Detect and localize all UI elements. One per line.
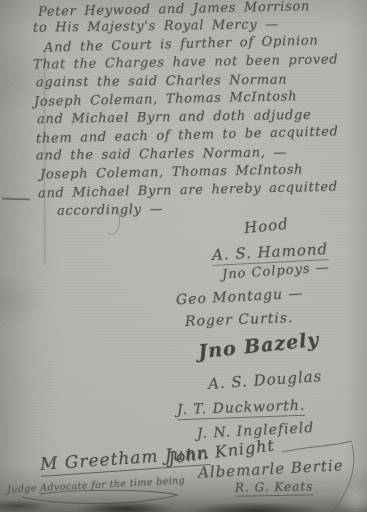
judge-advocate-caption: Judge Advocate for the time being [7,475,186,495]
signature-hood: Hood [243,215,289,238]
signature-bazely: Jno Bazely [197,329,320,364]
signature-douglas: A. S. Douglas [208,367,323,393]
signature-keats: R. G. Keats [235,479,314,496]
manuscript-line: accordingly — [57,202,164,219]
manuscript-line: Joseph Coleman, Thomas McIntosh [34,89,297,110]
signature-curtis: Roger Curtis. [185,310,294,330]
manuscript-photo: Peter Heywood and James Morrison to His … [0,0,367,512]
manuscript-line: against the said Charles Norman [36,73,287,91]
manuscript-line: them and each of them to be acquitted [36,124,339,146]
manuscript-line: That the Charges have not been proved [33,52,339,72]
right-bracket-line [334,444,354,510]
signature-montagu: Geo Montagu — [176,286,304,309]
manuscript-line: to His Majesty's Royal Mercy — [33,17,279,35]
signature-greetham: M Greetham Junr. [39,443,211,477]
margin-dash-mark [2,198,30,201]
manuscript-line: and Michael Byrn are hereby acquitted [38,180,338,202]
manuscript-line: and Michael Byrn and doth adjudge [37,108,312,127]
manuscript-line: And the Court is further of Opinion [44,33,319,55]
manuscript-line: Joseph Coleman, Thomas McIntosh [40,162,303,182]
manuscript-line: and the said Charles Norman, — [36,145,287,163]
knight-swash [282,441,352,452]
signature-duckworth: J. T. Duckworth. [177,398,306,420]
